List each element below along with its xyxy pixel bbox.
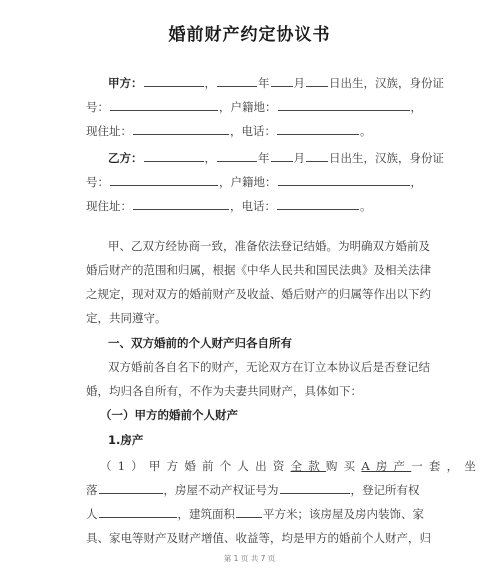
- item-1-line-1: （1）甲方婚前个人出资全款购买A房产一套，坐: [86, 458, 422, 474]
- party-a-line-1: 甲方：，年月日出生，汉族，身份证: [86, 75, 422, 91]
- section-1-body-line-2: 婚，均归各自所有，不作为夫妻共同财产，具体如下：: [86, 383, 422, 399]
- item-text: 购买: [326, 459, 361, 473]
- item-text: ，登记所有权: [351, 483, 420, 497]
- household-label: ，户籍地：: [219, 100, 277, 114]
- preamble-line-1: 甲、乙双方经协商一致，准备依法登记结婚。为明确双方婚前及: [86, 238, 422, 254]
- subsection-heading-text: （一）甲方的婚前个人财产: [100, 408, 238, 422]
- party-b-phone-blank[interactable]: [277, 198, 359, 210]
- year-label: 年: [258, 151, 270, 165]
- comma: ，: [205, 151, 217, 165]
- item-1-line-4: 具、家电等财产及财产增值、收益等，均是甲方的婚前个人财产，归: [86, 530, 422, 546]
- year-label: 年: [258, 76, 270, 90]
- party-b-line-1: 乙方：，年月日出生，汉族，身份证: [86, 150, 422, 166]
- item-text: （1）甲方婚前个人出资: [100, 459, 291, 473]
- item-text: 平方米；该房屋及房内装饰、家: [263, 507, 424, 521]
- comma: ，: [411, 175, 423, 189]
- item-text: 一套，坐: [411, 459, 482, 473]
- party-b-line-3: 现住址：，电话：。: [86, 198, 422, 214]
- item-1-line-3: 人，建筑面积平方米；该房屋及房内装饰、家: [86, 506, 422, 522]
- phone-label: ，电话：: [230, 124, 276, 138]
- party-b-birth-day-blank[interactable]: [306, 150, 328, 162]
- property-area-blank[interactable]: [236, 506, 262, 518]
- item-text: ，房屋不动产权证号为: [164, 483, 279, 497]
- party-b-birth-year-blank[interactable]: [217, 150, 257, 162]
- section-1-heading: 一、双方婚前的个人财产归各自所有: [86, 335, 422, 351]
- id-label: 号：: [86, 175, 109, 189]
- party-a-birth-day-blank[interactable]: [306, 75, 328, 87]
- party-b-name-blank[interactable]: [144, 150, 204, 162]
- party-b-birth-month-blank[interactable]: [271, 150, 293, 162]
- item-text: 落: [86, 483, 98, 497]
- party-a-birth-year-blank[interactable]: [217, 75, 257, 87]
- party-b-household-blank[interactable]: [278, 174, 410, 186]
- section-1-body-line-1: 双方婚前各自名下的财产，无论双方在订立本协议后是否登记结: [86, 359, 422, 375]
- preamble-line-4: 定，共同遵守。: [86, 310, 422, 326]
- party-a-line-3: 现住址：，电话：。: [86, 123, 422, 139]
- address-label: 现住址：: [86, 199, 132, 213]
- party-b-label: 乙方：: [108, 151, 143, 165]
- party-a-id-blank[interactable]: [110, 99, 218, 111]
- underlined-text: 全款: [291, 459, 326, 473]
- month-label: 月: [294, 76, 306, 90]
- birth-tail-text: 日出生，汉族，身份证: [329, 151, 444, 165]
- document-title: 婚前财产约定协议书: [0, 20, 499, 45]
- month-label: 月: [294, 151, 306, 165]
- id-label: 号：: [86, 100, 109, 114]
- preamble-text: 甲、乙双方经协商一致，准备依法登记结婚。为明确双方婚前及: [108, 239, 430, 253]
- property-location-blank[interactable]: [99, 482, 163, 494]
- party-a-line-2: 号：，户籍地：，: [86, 99, 422, 115]
- item-1-line-2: 落，房屋不动产权证号为，登记所有权: [86, 482, 422, 498]
- party-b-address-blank[interactable]: [133, 198, 229, 210]
- party-a-address-blank[interactable]: [133, 123, 229, 135]
- party-b-line-2: 号：，户籍地：，: [86, 174, 422, 190]
- body-text: 双方婚前各自名下的财产，无论双方在订立本协议后是否登记结: [108, 360, 430, 374]
- period: 。: [360, 124, 372, 138]
- property-certificate-blank[interactable]: [280, 482, 350, 494]
- party-a-household-blank[interactable]: [278, 99, 410, 111]
- item-text: ，建筑面积: [178, 507, 236, 521]
- page-footer: 第 1 页 共 7 页: [0, 553, 499, 564]
- section-heading-text: 一、双方婚前的个人财产归各自所有: [108, 336, 292, 350]
- address-label: 现住址：: [86, 124, 132, 138]
- party-a-label: 甲方：: [108, 76, 143, 90]
- subsection-heading: （一）甲方的婚前个人财产: [86, 407, 422, 423]
- preamble-line-2: 婚后财产的范围和归属，根据《中华人民共和国民法典》及相关法律: [86, 262, 422, 278]
- item-heading-text: 1.房产: [108, 433, 143, 447]
- birth-tail-text: 日出生，汉族，身份证: [329, 76, 444, 90]
- item-heading: 1.房产: [86, 432, 422, 448]
- period: 。: [360, 199, 372, 213]
- party-a-birth-month-blank[interactable]: [271, 75, 293, 87]
- underlined-text: A房产: [361, 459, 411, 473]
- party-a-name-blank[interactable]: [144, 75, 204, 87]
- household-label: ，户籍地：: [219, 175, 277, 189]
- item-text: 人: [86, 507, 98, 521]
- party-a-phone-blank[interactable]: [277, 123, 359, 135]
- party-b-id-blank[interactable]: [110, 174, 218, 186]
- preamble-line-3: 之规定，现对双方的婚前财产及收益、婚后财产的归属等作出以下约: [86, 286, 422, 302]
- phone-label: ，电话：: [230, 199, 276, 213]
- comma: ，: [411, 100, 423, 114]
- property-owner-blank[interactable]: [99, 506, 177, 518]
- comma: ，: [205, 76, 217, 90]
